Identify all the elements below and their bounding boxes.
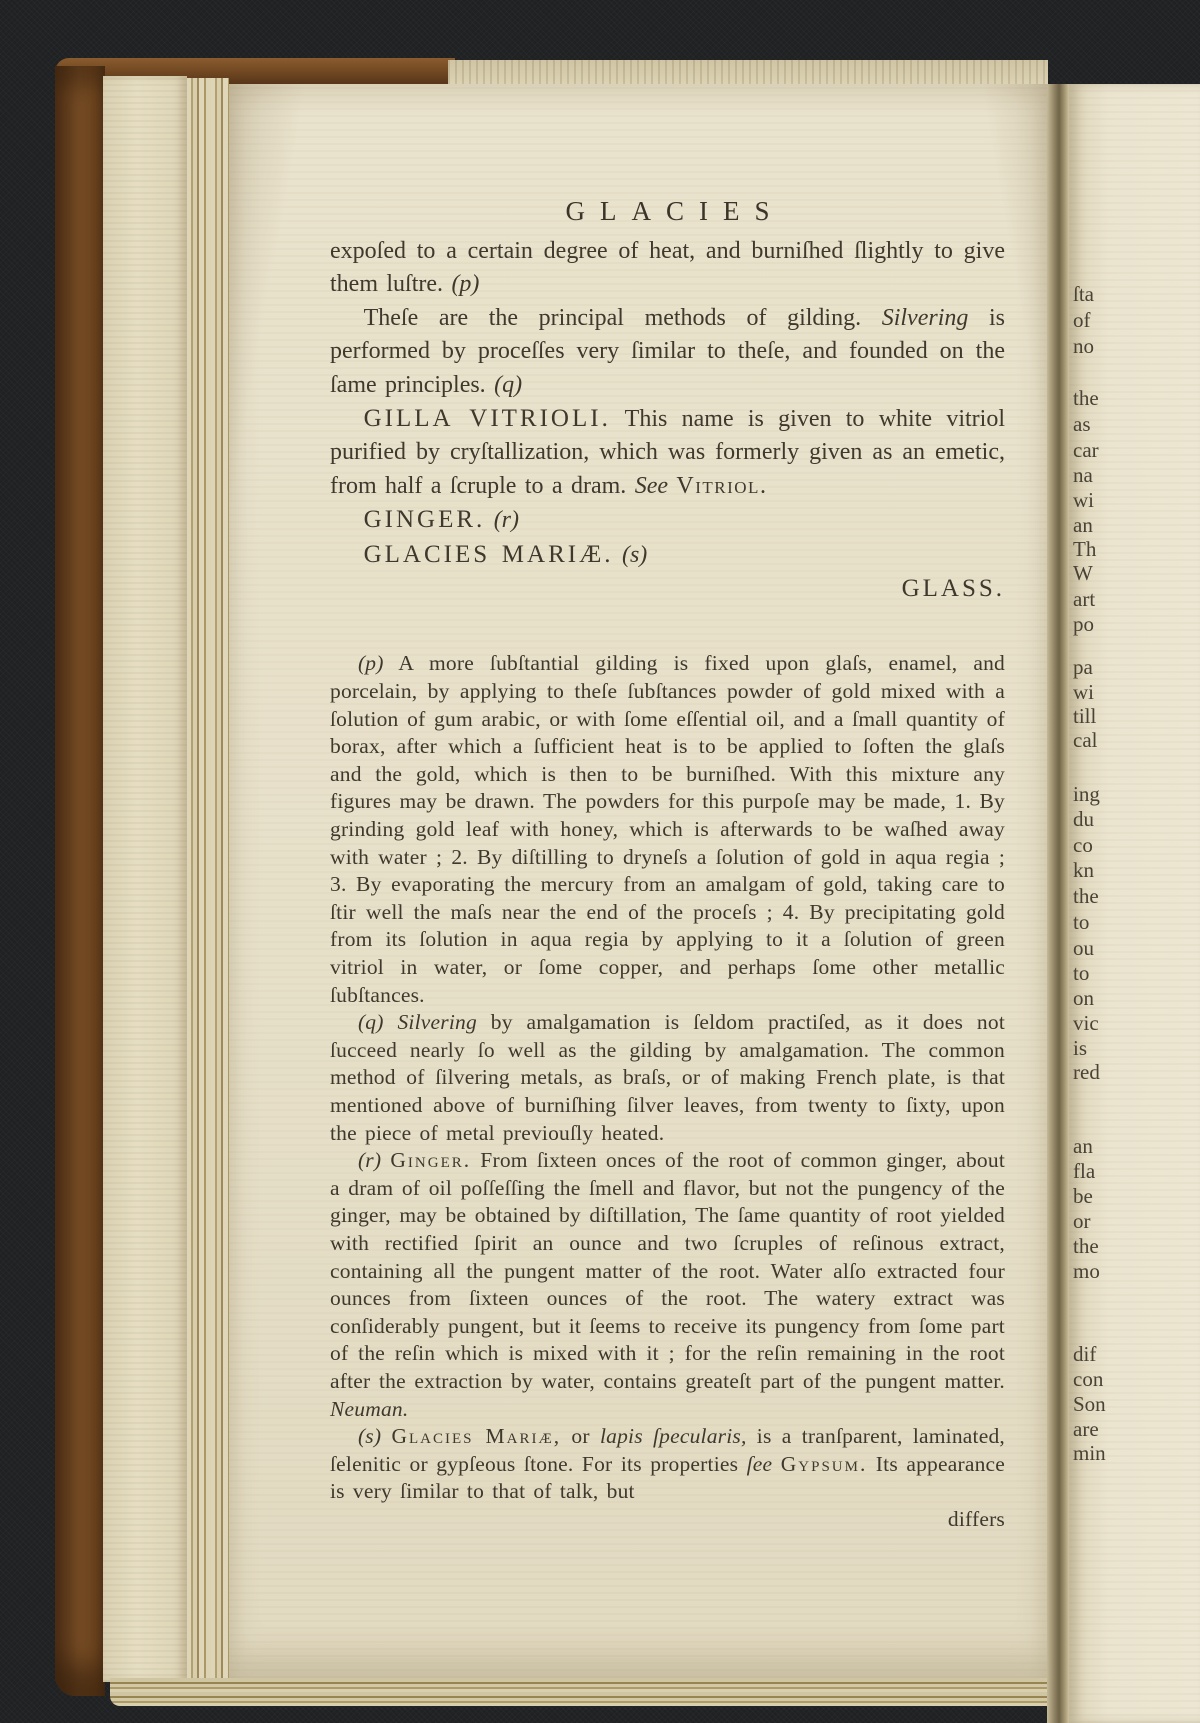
text-run: (s): [622, 542, 647, 568]
facing-page-text-fragment: mo: [1073, 1259, 1100, 1283]
text-run: From ſixteen onces of the root of common…: [330, 1148, 1005, 1393]
facing-page-text-fragment: car: [1073, 438, 1099, 462]
footnote-r: (r) Ginger. From ſixteen onces of the ro…: [330, 1147, 1005, 1423]
facing-page-text-fragment: pa: [1073, 655, 1093, 679]
text-run: (s): [358, 1424, 381, 1448]
paragraph: expoſed to a certain degree of heat, and…: [330, 235, 1005, 302]
facing-page-text-fragment: or: [1073, 1209, 1091, 1233]
running-header: GLACIES: [330, 196, 1005, 227]
text-run: Silvering: [882, 305, 969, 331]
facing-page-text-fragment: the: [1073, 884, 1099, 908]
text-run: (p): [358, 651, 384, 675]
flyleaf: [103, 76, 187, 1682]
text-run: expoſed to a certain degree of heat, and…: [330, 238, 1005, 297]
facing-page-text-fragment: wi: [1073, 488, 1094, 512]
facing-page-text-fragment: be: [1073, 1184, 1093, 1208]
page-catchword: differs: [330, 1506, 1005, 1534]
facing-page-text-fragment: Th: [1073, 537, 1096, 561]
text-run: (q): [494, 372, 522, 398]
text-run: Theſe are the principal methods of gildi…: [364, 305, 882, 331]
footnotes-block: (p) A more ſubſtantial gilding is fixed …: [330, 650, 1005, 1533]
facing-page-text-fragment: the: [1073, 386, 1099, 410]
text-run: GILLA VITRIOLI.: [364, 405, 611, 432]
facing-page-text-fragment: min: [1073, 1441, 1106, 1465]
text-run: Ginger.: [390, 1148, 471, 1172]
text-run: (q): [358, 1010, 384, 1034]
facing-page-text-fragment: art: [1073, 587, 1095, 611]
facing-page-text-fragment: po: [1073, 612, 1094, 636]
facing-page-text-fragment: to: [1073, 910, 1089, 934]
facing-page-text-fragment: Son: [1073, 1392, 1106, 1416]
photo-background: { "palette": { "background": "#1f2123", …: [0, 0, 1200, 1723]
text-run: differs: [948, 1507, 1005, 1531]
text-run: or: [561, 1424, 600, 1448]
text-run: Silvering: [397, 1010, 476, 1034]
text-run: [384, 1010, 398, 1034]
book-page-right-sliver: ſtaofnotheascarnawianThWartpopawitillcal…: [1069, 84, 1200, 1723]
text-run: [772, 1452, 780, 1476]
facing-page-text-fragment: na: [1073, 463, 1093, 487]
facing-page-text-fragment: the: [1073, 1234, 1099, 1258]
facing-page-text-fragment: vic: [1073, 1011, 1099, 1035]
facing-page-text-fragment: dif: [1073, 1342, 1096, 1366]
page-stack-bottom-edge: [110, 1678, 1047, 1706]
footnote-q: (q) Silvering by amalgamation is ſeldom …: [330, 1009, 1005, 1147]
text-run: Gypsum.: [781, 1452, 868, 1476]
paragraph: Theſe are the principal methods of gildi…: [330, 302, 1005, 402]
text-run: GINGER.: [364, 506, 486, 533]
facing-page-text-fragment: on: [1073, 986, 1094, 1010]
text-run: Vitriol.: [676, 473, 767, 499]
footnote-p: (p) A more ſubſtantial gilding is fixed …: [330, 650, 1005, 1009]
text-run: GLASS.: [902, 575, 1005, 602]
book-cover-spine-edge: [55, 66, 105, 1696]
book-page-left: GLACIES expoſed to a certain degree of h…: [229, 84, 1047, 1678]
footnote-s: (s) Glacies Mariæ, or lapis ſpecularis, …: [330, 1423, 1005, 1506]
paragraph: GINGER. (r): [330, 503, 1005, 537]
facing-page-text-fragment: fla: [1073, 1159, 1095, 1183]
text-run: ſee: [747, 1452, 773, 1476]
facing-page-text-fragment: are: [1073, 1417, 1099, 1441]
text-run: GLACIES MARIÆ.: [364, 541, 614, 568]
text-run: Glacies Mariæ,: [391, 1424, 561, 1448]
facing-page-text-fragment: ou: [1073, 936, 1094, 960]
paragraph: GLACIES MARIÆ. (s): [330, 538, 1005, 572]
main-text-block: expoſed to a certain degree of heat, and…: [330, 235, 1005, 606]
facing-page-text-fragment: du: [1073, 807, 1094, 831]
facing-page-text-fragment: red: [1073, 1060, 1100, 1084]
facing-page-text-fragment: an: [1073, 513, 1093, 537]
facing-page-text-fragment: W: [1073, 561, 1093, 585]
text-run: [485, 507, 493, 533]
text-run: A more ſubſtantial gilding is fixed upon…: [330, 651, 1005, 1006]
facing-page-text-fragment: as: [1073, 412, 1091, 436]
facing-page-text-fragment: to: [1073, 961, 1089, 985]
facing-page-text-fragment: till: [1073, 704, 1096, 728]
facing-page-text-fragment: ſta: [1073, 282, 1094, 306]
facing-page-text-fragment: no: [1073, 334, 1094, 358]
paragraph: GILLA VITRIOLI. This name is given to wh…: [330, 402, 1005, 503]
text-run: Neuman.: [330, 1397, 408, 1421]
facing-page-text-fragment: kn: [1073, 858, 1094, 882]
text-run: (p): [451, 271, 479, 297]
facing-page-text-fragment: of: [1073, 308, 1091, 332]
text-run: lapis ſpecularis,: [600, 1424, 747, 1448]
text-run: (r): [358, 1148, 381, 1172]
book-gutter-shadow: [1047, 84, 1069, 1723]
section-catchword-glass: GLASS.: [330, 572, 1005, 606]
facing-page-text-fragment: an: [1073, 1134, 1093, 1158]
facing-page-text-fragment: is: [1073, 1036, 1087, 1060]
facing-page-text-fragment: wi: [1073, 680, 1094, 704]
page-stack-top-edge: [448, 60, 1048, 86]
page-stack-fore-edge: [187, 78, 229, 1680]
text-run: (r): [494, 507, 519, 533]
facing-page-text-fragment: ing: [1073, 782, 1100, 806]
text-run: See: [635, 473, 668, 499]
facing-page-text-fragment: co: [1073, 833, 1093, 857]
text-run: [381, 1424, 391, 1448]
text-column: GLACIES expoſed to a certain degree of h…: [330, 84, 1005, 1533]
facing-page-text-fragment: con: [1073, 1367, 1103, 1391]
text-run: [614, 542, 622, 568]
facing-page-text-fragment: cal: [1073, 728, 1097, 752]
